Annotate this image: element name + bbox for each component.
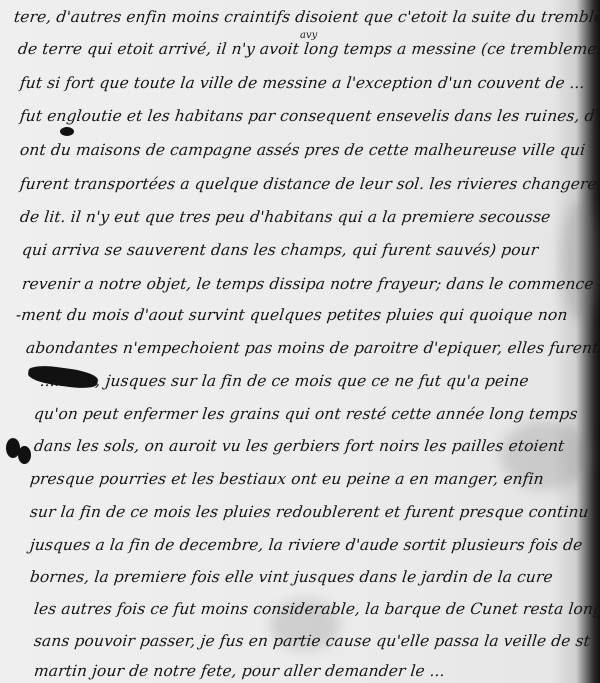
- manuscript-line: martin jour de notre fete, pour aller de…: [33, 662, 446, 680]
- manuscript-line: sans pouvoir passer, je fus en partie ca…: [33, 632, 591, 650]
- manuscript-line: de lit. il n'y eut que tres peu d'habita…: [19, 208, 551, 226]
- manuscript-line: sur la fin de ce mois les pluies redoubl…: [29, 503, 590, 521]
- paper-stain: [560, 200, 600, 320]
- manuscript-line: furent transportées a quelque distance d…: [19, 175, 600, 193]
- manuscript-line: jusques a la fin de decembre, la riviere…: [29, 536, 583, 554]
- manuscript-line: abondantes n'empechoient pas moins de pa…: [25, 339, 600, 357]
- manuscript-line: qu'on peut enfermer les grains qui ont r…: [33, 405, 578, 423]
- manuscript-line: tere, d'autres enfin moins craintifs dis…: [13, 8, 600, 26]
- manuscript-line: dans les sols, on auroit vu les gerbiers…: [33, 437, 565, 455]
- manuscript-line: les autres fois ce fut moins considerabl…: [33, 600, 600, 618]
- manuscript-line: fut si fort que toute la ville de messin…: [19, 74, 586, 92]
- manuscript-line: revenir a notre objet, le temps dissipa …: [21, 275, 595, 293]
- ink-blot: [18, 446, 31, 464]
- manuscript-line: fut engloutie et les habitans par conseq…: [19, 107, 600, 125]
- manuscript-line: ...ment, jusques sur la fin de ce mois q…: [39, 372, 530, 390]
- manuscript-line: de terre qui etoit arrivé, il n'y avoit …: [17, 40, 600, 58]
- manuscript-line: presque pourries et les bestiaux ont eu …: [29, 470, 545, 488]
- manuscript-line: ont du maisons de campagne assés pres de…: [19, 141, 586, 159]
- manuscript-line: qui arriva se sauverent dans les champs,…: [21, 241, 539, 259]
- ink-blot: [60, 127, 74, 136]
- manuscript-page: avy tere, d'autres enfin moins craintifs…: [0, 0, 600, 683]
- manuscript-line: -ment du mois d'aout survint quelques pe…: [15, 306, 568, 324]
- manuscript-line: bornes, la premiere fois elle vint jusqu…: [29, 568, 554, 586]
